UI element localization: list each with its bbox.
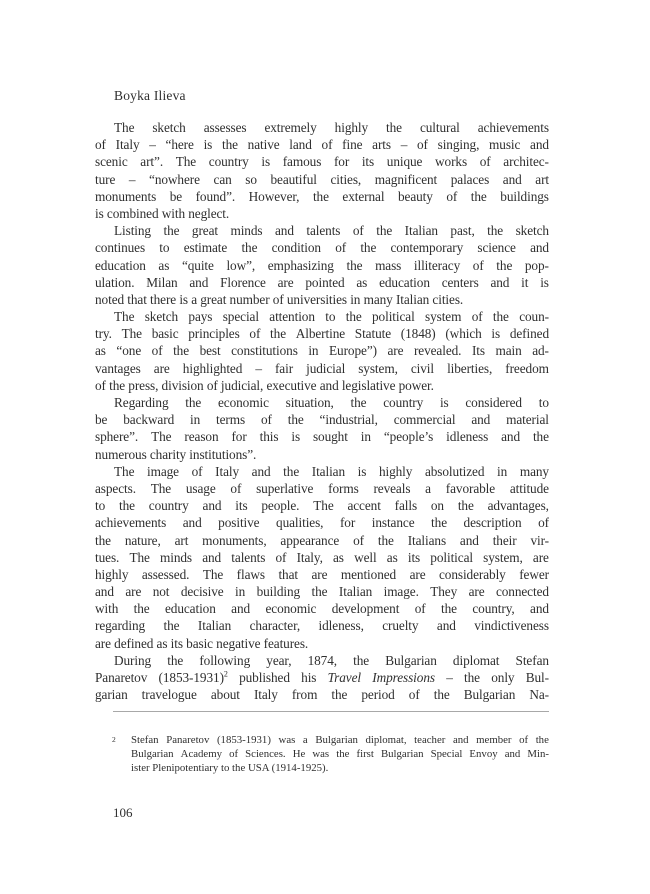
paragraph: Regardingtheeconomicsituation,thecountry…	[95, 394, 549, 463]
footnote-marker: 2	[112, 735, 116, 744]
text-line: Regardingtheeconomicsituation,thecountry…	[95, 394, 549, 411]
footnote-text: StefanPanaretov(1853-1931)wasaBulgariand…	[131, 733, 549, 775]
text-line: ofItaly–“hereisthenativelandoffinearts–o…	[95, 136, 549, 153]
text-line: scenicart”.Thecountryisfamousforitsuniqu…	[95, 153, 549, 170]
text-line: ister Plenipotentiary to the USA (1914-1…	[131, 761, 549, 775]
text-line: vantagesarehighlighted–fairjudicialsyste…	[95, 360, 549, 377]
text-line: TheimageofItalyandtheItalianishighlyabso…	[95, 463, 549, 480]
running-header: Boyka Ilieva	[114, 88, 186, 104]
text-line: gariantravelogueaboutItalyfromtheperiodo…	[95, 686, 549, 703]
text-line: andarenotdecisiveinbuildingtheItalianima…	[95, 583, 549, 600]
page-number: 106	[113, 805, 133, 821]
text-line: continuestoestimatetheconditionofthecont…	[95, 239, 549, 256]
text-line: are defined as its basic negative featur…	[95, 635, 549, 652]
text-line: Panaretov (1853-1931)2 published his Tra…	[95, 669, 549, 686]
text-segment: – the only Bul-	[435, 670, 549, 685]
footnote-rule	[113, 711, 549, 712]
text-line: highlyassessed.Theflawsthatarementioneda…	[95, 566, 549, 583]
text-line: BulgarianAcademyofSciences.Hewasthefirst…	[131, 747, 549, 761]
text-line: Thesketchassessesextremelyhighlythecultu…	[95, 119, 549, 136]
text-line: sphere”.Thereasonforthisissoughtin“peopl…	[95, 428, 549, 445]
paragraph: ListingthegreatmindsandtalentsoftheItali…	[95, 222, 549, 308]
text-line: monumentsbefound”.However,theexternalbea…	[95, 188, 549, 205]
text-line: try.ThebasicprinciplesoftheAlbertineStat…	[95, 325, 549, 342]
text-line: educationas“quitelow”,emphasizingthemass…	[95, 257, 549, 274]
text-line: as“oneofthebestconstitutionsinEurope”)ar…	[95, 342, 549, 359]
paragraph: Duringthefollowingyear,1874,theBulgarian…	[95, 652, 549, 704]
text-line: Duringthefollowingyear,1874,theBulgarian…	[95, 652, 549, 669]
text-line: regardingtheItaliancharacter,idleness,cr…	[95, 617, 549, 634]
text-line: achievementsandpositivequalities,forinst…	[95, 514, 549, 531]
paragraph: TheimageofItalyandtheItalianishighlyabso…	[95, 463, 549, 652]
text-segment: Panaretov (1853-1931)	[95, 670, 224, 685]
text-line: noted that there is a great number of un…	[95, 291, 549, 308]
text-line: tues.ThemindsandtalentsofItaly,aswellasi…	[95, 549, 549, 566]
text-line: tothecountryanditspeople.Theaccentfallso…	[95, 497, 549, 514]
text-line: ListingthegreatmindsandtalentsoftheItali…	[95, 222, 549, 239]
text-line: withtheeducationandeconomicdevelopmentof…	[95, 600, 549, 617]
text-line: thenature,artmonuments,appearanceoftheIt…	[95, 532, 549, 549]
text-line: Thesketchpaysspecialattentiontothepoliti…	[95, 308, 549, 325]
paragraph: Thesketchpaysspecialattentiontothepoliti…	[95, 308, 549, 394]
book-page: Boyka Ilieva Thesketchassessesextremelyh…	[0, 0, 650, 894]
text-line: bebackwardintermsofthe“industrial,commer…	[95, 411, 549, 428]
body-text: Thesketchassessesextremelyhighlythecultu…	[95, 119, 549, 703]
paragraph: Thesketchassessesextremelyhighlythecultu…	[95, 119, 549, 222]
text-line: StefanPanaretov(1853-1931)wasaBulgariand…	[131, 733, 549, 747]
text-line: ulation.MilanandFlorencearepointedaseduc…	[95, 274, 549, 291]
text-line: ture–“nowherecansobeautifulcities,magnif…	[95, 171, 549, 188]
text-segment: Travel Impressions	[328, 670, 435, 685]
footnote: 2 StefanPanaretov(1853-1931)wasaBulgaria…	[95, 733, 549, 775]
text-line: aspects.Theusageofsuperlativeformsreveal…	[95, 480, 549, 497]
text-line: numerous charity institutions”.	[95, 446, 549, 463]
text-line: is combined with neglect.	[95, 205, 549, 222]
text-line: of the press, division of judicial, exec…	[95, 377, 549, 394]
text-segment: published his	[228, 670, 328, 685]
